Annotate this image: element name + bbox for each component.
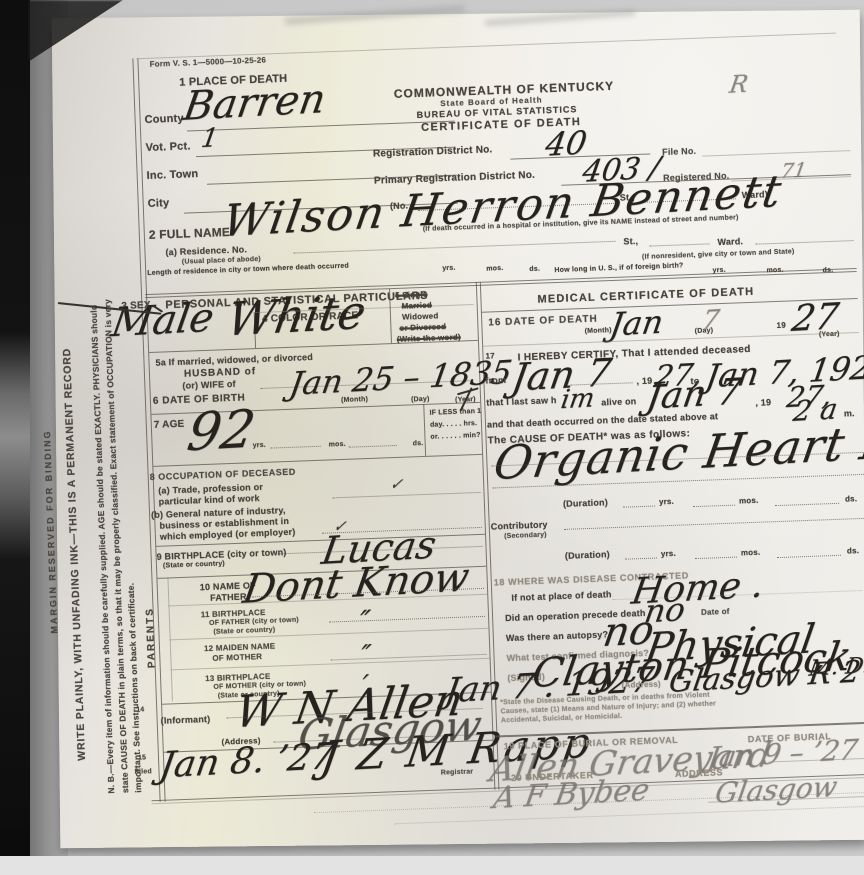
last-saw-hand: im [559,383,597,415]
inc-town-label: Inc. Town [146,168,198,182]
q5a-label: 5a If married, widowed, or divorced [155,352,313,368]
margin-binding-note: MARGIN RESERVED FOR BINDING [42,429,59,634]
residence-st-label: St., [623,236,638,247]
occupation-label: 8 OCCUPATION OF DECEASED [150,467,296,482]
vot-pct-label: Vot. Pct. [145,140,190,154]
undertaker-address-value: Glasgow [713,770,840,810]
dod-19: 19 [776,321,786,330]
from-label: from [485,375,506,386]
howlong-mos: mos. [766,267,783,275]
occupation-a-line [333,492,481,498]
mother-name-value: ″ [358,640,372,671]
registrar-label: Registrar [441,768,474,776]
duration1-label: (Duration) [563,497,608,509]
date-of-label: Date of [701,607,730,617]
sex-row-bottom [149,340,478,353]
age-ds: ds. [413,440,424,447]
age-label: 7 AGE [154,419,185,431]
length-mos: mos. [486,265,503,273]
age-yrs-line [271,446,321,449]
birthplace-state-note: (State or country) [163,560,225,569]
dod-label: 16 DATE OF DEATH [488,314,598,329]
duration2-ds: ds. [847,546,859,555]
length-ds: ds. [529,266,540,273]
if-less-label: IF LESS than 1 [429,408,481,417]
scan-smudge [285,5,465,25]
length-yrs: yrs. [442,265,456,272]
mother-name-label1: 12 MAIDEN NAME [204,642,276,654]
duration2-line2 [695,557,737,560]
age-yrs: yrs. [253,442,267,449]
r-pen-mark: R [727,70,750,99]
county-label: County [144,113,184,126]
file-no-line [702,150,850,156]
duration2-label: (Duration) [565,549,610,561]
marital-option-divorced: or Divorced [399,322,446,333]
scan-smudge [485,9,635,26]
filed-label: Filed [134,768,152,776]
mother-name-label2: OF MOTHER [212,652,262,663]
saw-date-value: Jan 7 [644,371,744,417]
reg-district-label: Registration District No. [373,144,493,159]
dob-month-label: (Month) [341,396,368,404]
age-mos: mos. [329,441,346,449]
filed-date-value: Jan 8. ’27 [157,736,337,787]
undertaker-value: A F Bybee [491,772,652,816]
undertaker-address-label: ADDRESS [675,767,724,779]
sex-value: Male [108,295,217,347]
husband-of-label: HUSBAND of [184,366,257,380]
duration2-yrs: yrs. [661,549,676,559]
if-not-label: If not at place of death [511,589,612,603]
last-saw-label: that I last saw h [486,395,557,408]
saw-19: , 19 [755,397,771,408]
duration1-mos: mos. [739,496,759,506]
duration1-line1 [623,506,655,508]
duration1-line3 [775,503,839,506]
marital-option-single: 5 Single [395,290,428,300]
informant-label: (Informant) [160,714,210,726]
residence-label: (a) Residence. No. [165,244,247,257]
color-value: White [223,285,369,347]
duration2-line3 [777,555,841,558]
duration1-line2 [693,505,735,508]
sign-address-label: (Address) [622,679,661,689]
residence-st-line [650,243,710,246]
autopsy-label: Was there an autopsy? [506,629,609,643]
marital-option-widowed: Widowed [402,311,439,321]
dob-day-label: (Day) [411,396,430,404]
form-top-border [136,33,836,60]
full-name-label: 2 FULL NAME [149,225,231,242]
vot-pct-value: 1 [199,123,220,154]
residence-line [294,241,616,254]
scanned-death-certificate: { "margin": { "binding": "MARGIN RESERVE… [0,0,864,875]
duration2-mos: mos. [741,548,761,558]
nonresident-note: (If nonresident, give city or town and S… [642,248,795,261]
father-bp-line [329,616,485,623]
wife-of-label: (or) WIFE of [182,379,236,391]
residence-ward-line [756,240,854,245]
parents-label: PARENTS [144,607,157,668]
marital-option-married: Married [401,301,432,311]
howlong-yrs: yrs. [712,267,726,274]
occupation-a-check: ✓ [389,475,404,494]
abode-note: (Usual place of abode) [182,256,261,266]
duration2-line1 [625,558,657,560]
secondary-label: (Secondary) [504,532,547,541]
margin-permanent-note: WRITE PLAINLY, WITH UNFADING INK—THIS IS… [61,348,88,761]
informant-no: 14 [136,706,144,713]
filed-no: 15 [138,754,146,761]
contributory-line [564,518,864,530]
if-less-day-hrs: day. . . . . hrs. [430,420,477,429]
if-less-or-min: or. . . . . . min? [430,432,481,441]
city-label: City [147,197,169,210]
age-mos-line [349,445,397,448]
county-value: Barren [180,76,329,130]
dod-day-note: (Day) [695,327,714,335]
duration1-ds: ds. [845,494,857,503]
howlong-ds: ds. [822,267,833,274]
dod-row-bottom [483,332,859,347]
father-bp-label3: (State or country) [213,627,275,636]
dod-month-value: Jan [607,303,666,344]
residence-ward-label: Ward. [717,236,743,247]
alive-on-label: alive on [601,396,636,407]
if-less-box-left [423,404,426,456]
age-value: 92 [183,399,259,463]
certificate-content: MARGIN RESERVED FOR BINDING WRITE PLAINL… [0,0,864,875]
how-long-label: How long in U. S., if of foreign birth? [554,262,683,274]
contributory-label: Contributory [491,519,548,531]
father-name-value: Dont Know [240,554,472,612]
certify-no: 17 [485,351,495,360]
margin-nb-note: N. B.—Every item of information should b… [87,288,146,794]
duration1-yrs: yrs. [659,497,674,507]
file-no-label: File No. [662,146,696,157]
length-residence-label: Length of residence in city or town wher… [147,263,349,277]
burial-date-value: Jan 9 – ’27 [706,733,861,774]
